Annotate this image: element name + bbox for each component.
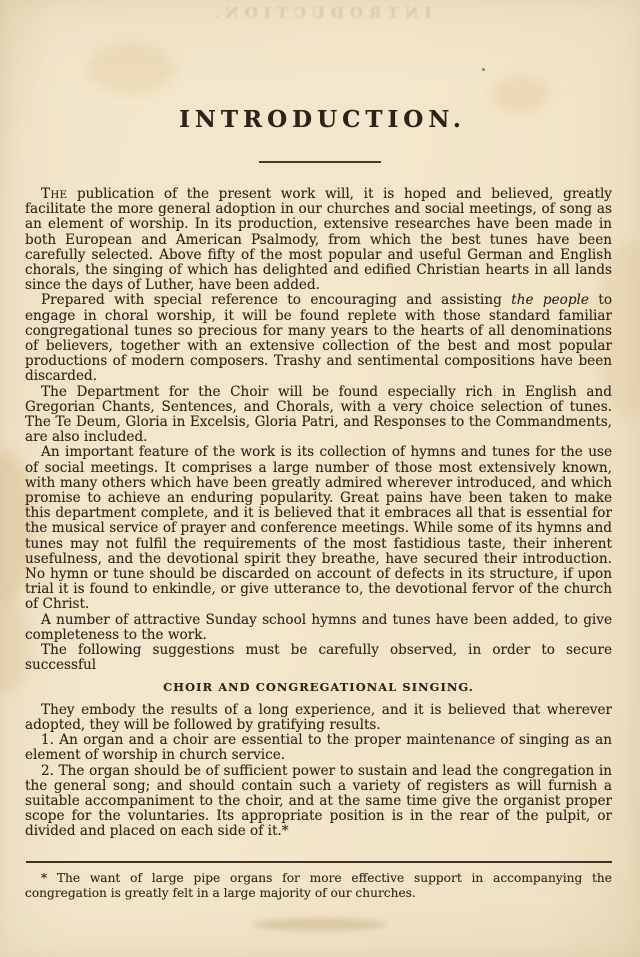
text: publication of the present work will, it…: [25, 186, 612, 293]
paragraph: 2. The organ should be of sufficient pow…: [25, 764, 612, 840]
paragraph: A number of attractive Sunday school hym…: [25, 613, 612, 643]
paragraph: The Department for the Choir will be fou…: [25, 385, 612, 446]
footnote-divider: [26, 861, 612, 863]
text: 2. The organ should be of sufficient pow…: [25, 763, 612, 840]
paragraph: They embody the results of a long experi…: [25, 703, 612, 733]
title-divider: [259, 161, 381, 163]
page-body: The publication of the present work will…: [25, 187, 612, 840]
suggestion-paragraphs: They embody the results of a long experi…: [25, 703, 612, 840]
text: An important feature of the work is its …: [25, 444, 612, 612]
book-page: INTRODUCTION. INTRODUCTION. The publicat…: [0, 0, 640, 957]
paper-stain: [88, 42, 174, 94]
text-smallcaps: The: [41, 186, 67, 202]
footnote: * The want of large pipe organs for more…: [25, 871, 612, 901]
text: Prepared with special reference to encou…: [41, 292, 511, 308]
paragraph: An important feature of the work is its …: [25, 445, 612, 612]
text: The Department for the Choir will be fou…: [25, 384, 612, 446]
introduction-paragraphs: The publication of the present work will…: [25, 187, 612, 674]
text: The following suggestions must be carefu…: [25, 642, 612, 673]
bleed-through-title: INTRODUCTION.: [0, 4, 640, 22]
paragraph: Prepared with special reference to encou…: [25, 293, 612, 384]
paragraph: 1. An organ and a choir are essential to…: [25, 733, 612, 763]
paper-speck: [482, 68, 485, 71]
text-italic: the people: [511, 292, 589, 308]
text: They embody the results of a long experi…: [25, 702, 612, 733]
paragraph: The publication of the present work will…: [25, 187, 612, 293]
page-title: INTRODUCTION.: [0, 106, 640, 133]
text: A number of attractive Sunday school hym…: [25, 612, 612, 643]
paragraph: The following suggestions must be carefu…: [25, 643, 612, 673]
text: 1. An organ and a choir are essential to…: [25, 732, 612, 763]
section-heading: CHOIR AND CONGREGATIONAL SINGING.: [25, 680, 612, 695]
paper-stain: [253, 918, 387, 931]
